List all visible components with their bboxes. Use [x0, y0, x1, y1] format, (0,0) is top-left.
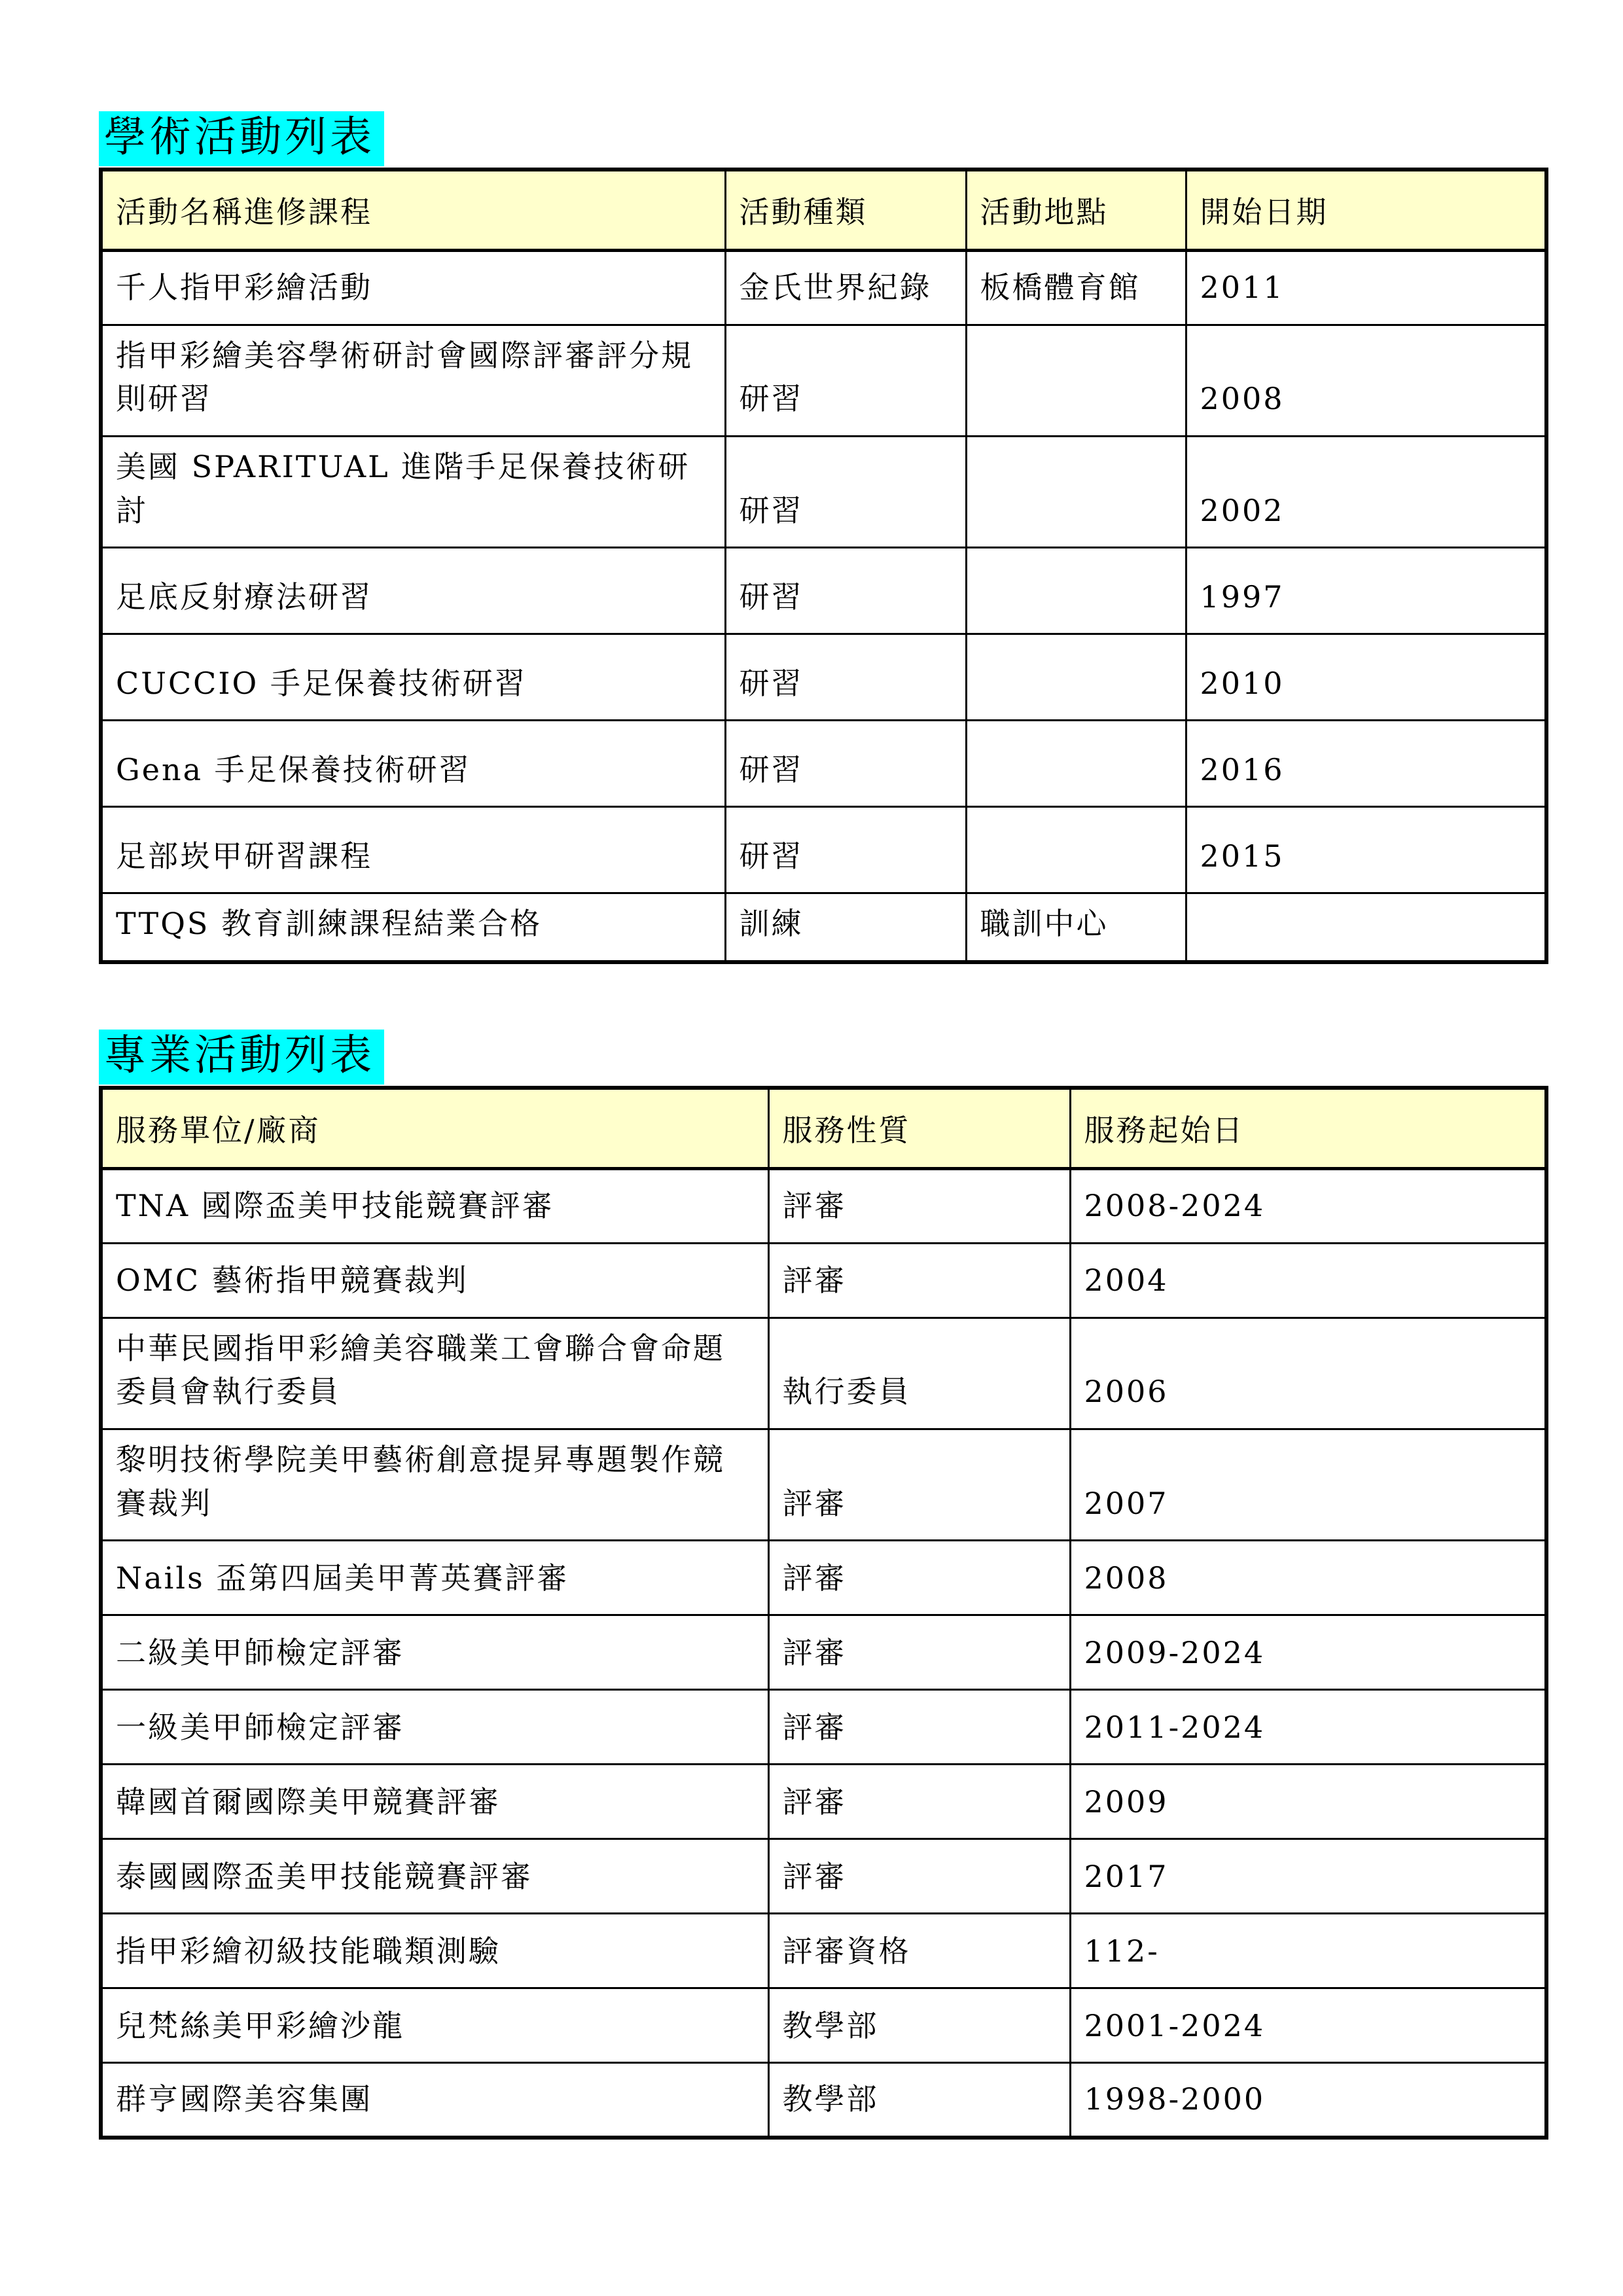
- cell-service-start: 2008-2024: [1070, 1168, 1546, 1243]
- cell-start-date: 1997: [1186, 548, 1546, 634]
- cell-service-nature: 評審: [768, 1690, 1070, 1765]
- cell-activity-name: Gena 手足保養技術研習: [101, 721, 725, 807]
- cell-service-unit: 二級美甲師檢定評審: [101, 1615, 768, 1690]
- column-header-activity-location: 活動地點: [966, 170, 1186, 251]
- cell-activity-type: 訓練: [725, 893, 966, 962]
- cell-service-unit: TNA 國際盃美甲技能競賽評審: [101, 1168, 768, 1243]
- cell-activity-type: 研習: [725, 436, 966, 547]
- cell-service-start: 2001-2024: [1070, 1988, 1546, 2063]
- cell-service-nature: 教學部: [768, 1988, 1070, 2063]
- cell-service-nature: 評審: [768, 1243, 1070, 1318]
- cell-service-nature: 評審: [768, 1429, 1070, 1541]
- academic-activities-table: 活動名稱進修課程 活動種類 活動地點 開始日期 千人指甲彩繪活動 金氏世界紀錄 …: [99, 168, 1548, 964]
- table-row: 一級美甲師檢定評審 評審 2011-2024: [101, 1690, 1546, 1765]
- table-row: 黎明技術學院美甲藝術創意提昇專題製作競賽裁判 評審 2007: [101, 1429, 1546, 1541]
- cell-service-start: 1998-2000: [1070, 2063, 1546, 2138]
- column-header-activity-type: 活動種類: [725, 170, 966, 251]
- cell-activity-location: [966, 721, 1186, 807]
- cell-service-unit: 群亨國際美容集團: [101, 2063, 768, 2138]
- cell-service-unit: 韓國首爾國際美甲競賽評審: [101, 1765, 768, 1839]
- cell-service-unit: 指甲彩繪初級技能職類測驗: [101, 1914, 768, 1988]
- cell-service-start: 2007: [1070, 1429, 1546, 1541]
- cell-service-start: 2009-2024: [1070, 1615, 1546, 1690]
- cell-service-nature: 評審: [768, 1765, 1070, 1839]
- cell-activity-location: [966, 807, 1186, 893]
- table-row: 群亨國際美容集團 教學部 1998-2000: [101, 2063, 1546, 2138]
- cell-service-nature: 執行委員: [768, 1318, 1070, 1429]
- table-header-row: 服務單位/廠商 服務性質 服務起始日: [101, 1088, 1546, 1169]
- table-row: 二級美甲師檢定評審 評審 2009-2024: [101, 1615, 1546, 1690]
- cell-activity-type: 研習: [725, 807, 966, 893]
- table-row: 指甲彩繪初級技能職類測驗 評審資格 112-: [101, 1914, 1546, 1988]
- table-row: 兒梵絲美甲彩繪沙龍 教學部 2001-2024: [101, 1988, 1546, 2063]
- cell-activity-location: [966, 325, 1186, 436]
- cell-service-nature: 評審資格: [768, 1914, 1070, 1988]
- column-header-service-start: 服務起始日: [1070, 1088, 1546, 1169]
- table-row: 足底反射療法研習 研習 1997: [101, 548, 1546, 634]
- column-header-service-nature: 服務性質: [768, 1088, 1070, 1169]
- cell-service-nature: 評審: [768, 1541, 1070, 1615]
- cell-service-unit: 一級美甲師檢定評審: [101, 1690, 768, 1765]
- table-header-row: 活動名稱進修課程 活動種類 活動地點 開始日期: [101, 170, 1546, 251]
- cell-service-unit: OMC 藝術指甲競賽裁判: [101, 1243, 768, 1318]
- cell-start-date: [1186, 893, 1546, 962]
- cell-service-start: 2008: [1070, 1541, 1546, 1615]
- cell-service-nature: 教學部: [768, 2063, 1070, 2138]
- cell-start-date: 2008: [1186, 325, 1546, 436]
- cell-service-unit: Nails 盃第四屆美甲菁英賽評審: [101, 1541, 768, 1615]
- cell-activity-name: TTQS 教育訓練課程結業合格: [101, 893, 725, 962]
- cell-service-start: 2006: [1070, 1318, 1546, 1429]
- column-header-service-unit: 服務單位/廠商: [101, 1088, 768, 1169]
- cell-start-date: 2011: [1186, 250, 1546, 325]
- table-row: 泰國國際盃美甲技能競賽評審 評審 2017: [101, 1839, 1546, 1914]
- cell-activity-type: 研習: [725, 548, 966, 634]
- cell-activity-name: CUCCIO 手足保養技術研習: [101, 634, 725, 721]
- cell-activity-type: 研習: [725, 634, 966, 721]
- cell-activity-location: [966, 436, 1186, 547]
- cell-activity-location: [966, 634, 1186, 721]
- cell-service-unit: 兒梵絲美甲彩繪沙龍: [101, 1988, 768, 2063]
- cell-service-start: 2017: [1070, 1839, 1546, 1914]
- professional-activities-section: 專業活動列表 服務單位/廠商 服務性質 服務起始日 TNA 國際盃美甲技能競賽評…: [99, 1030, 1623, 2140]
- cell-service-start: 2009: [1070, 1765, 1546, 1839]
- cell-activity-name: 美國 SPARITUAL 進階手足保養技術研討: [101, 436, 725, 547]
- table-row: Nails 盃第四屆美甲菁英賽評審 評審 2008: [101, 1541, 1546, 1615]
- table-row: Gena 手足保養技術研習 研習 2016: [101, 721, 1546, 807]
- cell-activity-type: 研習: [725, 325, 966, 436]
- cell-service-unit: 泰國國際盃美甲技能競賽評審: [101, 1839, 768, 1914]
- cell-start-date: 2016: [1186, 721, 1546, 807]
- table-row: TTQS 教育訓練課程結業合格 訓練 職訓中心: [101, 893, 1546, 962]
- cell-activity-type: 金氏世界紀錄: [725, 250, 966, 325]
- cell-start-date: 2002: [1186, 436, 1546, 547]
- cell-activity-name: 千人指甲彩繪活動: [101, 250, 725, 325]
- cell-start-date: 2015: [1186, 807, 1546, 893]
- academic-activities-section: 學術活動列表 活動名稱進修課程 活動種類 活動地點 開始日期 千人指甲彩繪活動: [99, 111, 1623, 964]
- cell-activity-name: 指甲彩繪美容學術研討會國際評審評分規則研習: [101, 325, 725, 436]
- cell-service-unit: 黎明技術學院美甲藝術創意提昇專題製作競賽裁判: [101, 1429, 768, 1541]
- cell-service-start: 2011-2024: [1070, 1690, 1546, 1765]
- table-row: 中華民國指甲彩繪美容職業工會聯合會命題委員會執行委員 執行委員 2006: [101, 1318, 1546, 1429]
- column-header-activity-name: 活動名稱進修課程: [101, 170, 725, 251]
- cell-service-start: 112-: [1070, 1914, 1546, 1988]
- academic-activities-title: 學術活動列表: [99, 111, 384, 166]
- page-content: 學術活動列表 活動名稱進修課程 活動種類 活動地點 開始日期 千人指甲彩繪活動: [0, 0, 1623, 2140]
- table-row: 韓國首爾國際美甲競賽評審 評審 2009: [101, 1765, 1546, 1839]
- cell-service-nature: 評審: [768, 1839, 1070, 1914]
- cell-activity-location: [966, 548, 1186, 634]
- table-row: 足部崁甲研習課程 研習 2015: [101, 807, 1546, 893]
- cell-service-unit: 中華民國指甲彩繪美容職業工會聯合會命題委員會執行委員: [101, 1318, 768, 1429]
- column-header-start-date: 開始日期: [1186, 170, 1546, 251]
- cell-service-nature: 評審: [768, 1615, 1070, 1690]
- table-row: 美國 SPARITUAL 進階手足保養技術研討 研習 2002: [101, 436, 1546, 547]
- table-row: 千人指甲彩繪活動 金氏世界紀錄 板橋體育館 2011: [101, 250, 1546, 325]
- table-row: TNA 國際盃美甲技能競賽評審 評審 2008-2024: [101, 1168, 1546, 1243]
- cell-start-date: 2010: [1186, 634, 1546, 721]
- cell-service-nature: 評審: [768, 1168, 1070, 1243]
- table-row: 指甲彩繪美容學術研討會國際評審評分規則研習 研習 2008: [101, 325, 1546, 436]
- cell-activity-name: 足部崁甲研習課程: [101, 807, 725, 893]
- cell-service-start: 2004: [1070, 1243, 1546, 1318]
- professional-activities-table: 服務單位/廠商 服務性質 服務起始日 TNA 國際盃美甲技能競賽評審 評審 20…: [99, 1086, 1548, 2140]
- cell-activity-type: 研習: [725, 721, 966, 807]
- cell-activity-name: 足底反射療法研習: [101, 548, 725, 634]
- cell-activity-location: 職訓中心: [966, 893, 1186, 962]
- table-row: CUCCIO 手足保養技術研習 研習 2010: [101, 634, 1546, 721]
- table-row: OMC 藝術指甲競賽裁判 評審 2004: [101, 1243, 1546, 1318]
- professional-activities-title: 專業活動列表: [99, 1030, 384, 1085]
- document-page: 學術活動列表 活動名稱進修課程 活動種類 活動地點 開始日期 千人指甲彩繪活動: [0, 0, 1623, 2296]
- cell-activity-location: 板橋體育館: [966, 250, 1186, 325]
